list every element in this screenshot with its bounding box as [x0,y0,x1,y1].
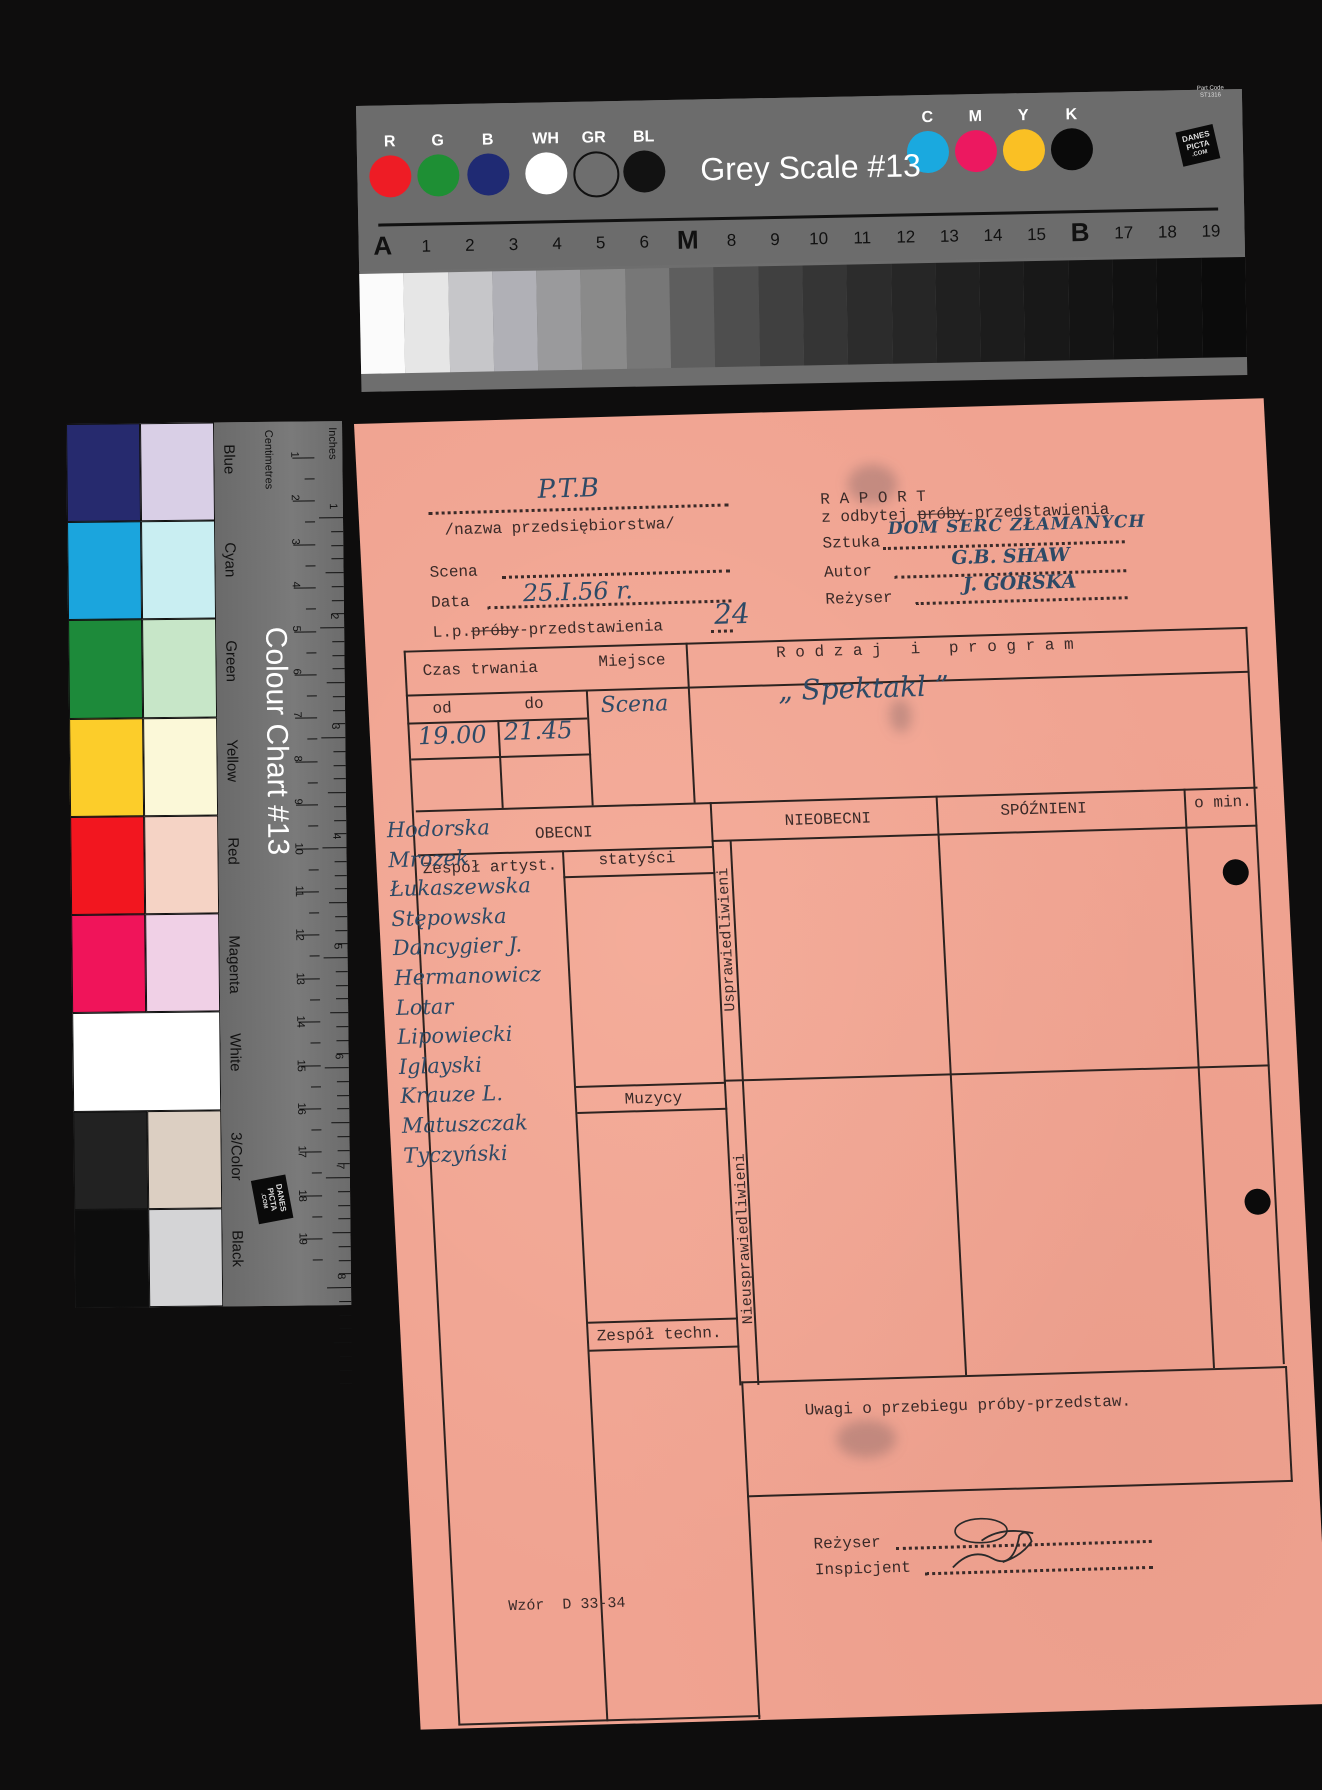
cast-member-name: Tyczyński [403,1137,551,1171]
cast-member-name: Krauze L. [400,1078,548,1112]
do-header: do [524,695,544,714]
grey-step [1024,260,1070,361]
colour-chart-patches [66,422,223,1308]
czas-trwania-header: Czas trwania [422,659,538,680]
muzycy-header: Muzycy [624,1089,683,1109]
do-value: 21.45 [503,716,573,746]
cast-member-name: Lotar [395,989,543,1023]
step-label: 5 [580,233,620,254]
rezyser-line [916,596,1128,605]
cm-tick-label: 1 [288,452,300,458]
patch-3-color-tint [147,1110,222,1209]
grey-step [359,273,405,374]
miejsce-header: Miejsce [598,651,666,671]
cast-member-name: Hodorska [386,812,534,846]
lp-label: L.p.próby-przedstawienia [432,617,663,641]
swatch-label: WH [526,130,566,149]
cm-tick-label: 2 [289,495,301,501]
part-code: Part Code ST1316 [1197,85,1224,100]
sign-rezyser-label: Reżyser [813,1534,881,1554]
cm-tick-label: 16 [295,1103,307,1115]
cast-member-name: Stępowska [391,901,539,935]
patch-white [72,1012,221,1112]
grey-step [492,271,538,372]
uwagi-header: Uwagi o przebiegu próby-przedstaw. [804,1392,1131,1419]
grey-step [758,265,804,366]
step-label: 19 [1191,221,1231,242]
step-label: 17 [1104,223,1144,244]
patch-3-color-solid [73,1111,148,1210]
grey-step [625,268,671,369]
swatch-label: BL [623,128,663,147]
grey-step [802,265,848,366]
patch-black-solid [74,1209,149,1308]
punch-hole-top [1222,859,1249,886]
sztuka-label: Sztuka [822,533,881,553]
rodzaj-program-value: „ Spektakl ” [777,669,950,707]
patch-cyan-tint [141,521,216,620]
patch-name: Green [222,641,239,683]
step-label: 9 [755,230,795,251]
patch-name: Yellow [223,739,240,782]
patch-blue-tint [140,422,215,521]
cm-tick-label: 14 [294,1016,306,1028]
inch-tick-label: 8 [335,1273,347,1279]
cast-member-name: Łukaszewska [389,871,537,905]
miejsce-value: Scena [600,691,669,718]
inch-tick-label: 1 [327,503,339,509]
od-value: 19.00 [417,720,487,750]
swatch-label: G [418,132,458,151]
grey-step [714,266,760,367]
grey-step [891,263,937,364]
step-label: 18 [1147,222,1187,243]
inch-tick-label: 5 [331,943,343,949]
colour-chart-card: 1234567891011121314151617181912345678 Ce… [66,421,351,1308]
company-name-line [429,503,729,514]
cm-tick-label: 12 [293,929,305,941]
cm-tick-label: 13 [294,972,306,984]
inch-tick-label: 7 [334,1163,346,1169]
step-label: 12 [886,227,926,248]
swatch-label: Y [1003,107,1043,126]
grey-step [581,269,627,370]
patch-cyan-solid [67,521,142,620]
colour-chart-title: Colour Chart #13 [258,627,294,856]
nieobecni-header: NIEOBECNI [784,810,871,830]
data-value: 25.I.56 r. [522,576,633,607]
statysci-header: statyści [598,849,676,869]
step-label: 10 [798,229,838,250]
swatch-label: M [955,108,995,127]
step-label: 3 [493,235,533,256]
grey-scale-card: Part Code ST1316 RGBWHGRBLCMYK Grey Scal… [356,89,1247,392]
o-min-header: o min. [1194,793,1253,813]
inch-tick-label: 4 [330,833,342,839]
grey-step [669,267,715,368]
ruler-ticks: 1234567891011121314151617181912345678 [214,421,342,422]
patch-black-tint [148,1208,223,1307]
spoznieni-header: SPÓŹNIENI [1000,799,1087,819]
inches-label: Inches [326,427,338,460]
grey-step [1112,259,1158,360]
patch-blue-solid [66,423,141,522]
patch-name: White [226,1034,243,1073]
company-name-value: P.T.B [537,473,600,505]
step-label: M [668,224,709,256]
step-label: 8 [711,230,751,251]
form-code: Wzór D 33-34 [508,1595,626,1615]
grey-step [979,261,1025,362]
grey-step [1201,257,1247,358]
step-label: 4 [537,234,577,255]
step-label: 1 [406,236,446,257]
cm-tick-label: 19 [296,1233,308,1245]
step-label: 11 [842,228,882,249]
step-label: B [1060,217,1101,249]
cm-tick-label: 15 [295,1059,307,1071]
grey-step [935,262,981,363]
od-header: od [432,699,452,718]
step-label: 14 [973,225,1013,246]
grey-step [1068,260,1114,361]
cast-member-name: Hermanowicz [394,960,542,994]
cast-member-name: Lipowiecki [397,1019,545,1053]
zespol-techn-header: Zespół techn. [596,1324,722,1346]
inch-tick-label: 2 [328,613,340,619]
cast-member-name: Iglayski [398,1049,546,1083]
grey-scale-title: Grey Scale #13 [700,147,921,188]
inch-tick-label: 6 [333,1053,345,1059]
patch-yellow-tint [143,717,218,816]
rezyser-value: J. GÓRSKA [962,571,1077,596]
step-label: 2 [450,235,490,256]
patch-magenta-solid [71,914,146,1013]
zespol-artyst-names: HodorskaMrozekŁukaszewskaStępowskaDancyg… [386,812,551,1171]
grey-scale-strip [359,257,1247,374]
swatch-label: C [907,109,947,128]
company-name-caption: /nazwa przedsiębiorstwa/ [444,515,675,539]
rehearsal-report-form: P.T.B /nazwa przedsiębiorstwa/ Scena Dat… [354,398,1322,1729]
nieusprawiedliwieni-label: Nieusprawiedliwieni [730,1113,760,1363]
grey-step [448,271,494,372]
cm-tick-label: 11 [293,886,305,898]
cm-tick-label: 17 [296,1146,308,1158]
patch-name: 3/Color [227,1132,245,1181]
cm-tick-label: 4 [290,582,302,588]
patch-name: Red [224,837,241,865]
autor-label: Autor [824,562,873,581]
patch-red-tint [144,815,219,914]
lp-value: 24 [713,597,750,631]
inch-tick-label: 3 [329,723,341,729]
step-label: A [362,230,403,262]
rezyser-label: Reżyser [825,589,893,609]
data-label: Data [431,593,470,612]
grey-step [846,264,892,365]
patch-red-solid [70,816,145,915]
punch-hole-bottom [1244,1188,1271,1215]
cm-tick-label: 3 [289,538,301,544]
cast-member-name: Dancygier J. [392,930,540,964]
grey-step [1156,258,1202,359]
swatch-label: R [370,133,410,152]
scena-label: Scena [429,563,478,582]
swatch-label: GR [573,129,613,148]
centimetres-label: Centimetres [262,430,275,489]
sign-inspicjent-label: Inspicjent [814,1559,911,1580]
cm-tick-label: 18 [296,1189,308,1201]
patch-magenta-tint [145,914,220,1013]
patch-name: Cyan [221,542,238,577]
patch-name: Black [228,1230,245,1267]
swatch-label: B [468,131,508,150]
autor-value: G.B. SHAW [951,544,1070,569]
swatch-label: K [1051,106,1091,125]
patch-name: Magenta [225,935,243,994]
cast-member-name: Matuszczak [401,1108,549,1142]
cast-member-name: Mrozek [388,842,536,876]
obecni-header: OBECNI [535,823,594,843]
grey-step [536,270,582,371]
step-label: 15 [1016,225,1056,246]
step-label: 13 [929,226,969,247]
patch-green-solid [68,620,143,719]
patch-green-tint [142,619,217,718]
signature [940,1505,1054,1578]
patch-yellow-solid [69,718,144,817]
step-label: 6 [624,232,664,253]
grey-step [404,272,450,373]
patch-name: Blue [220,444,237,474]
